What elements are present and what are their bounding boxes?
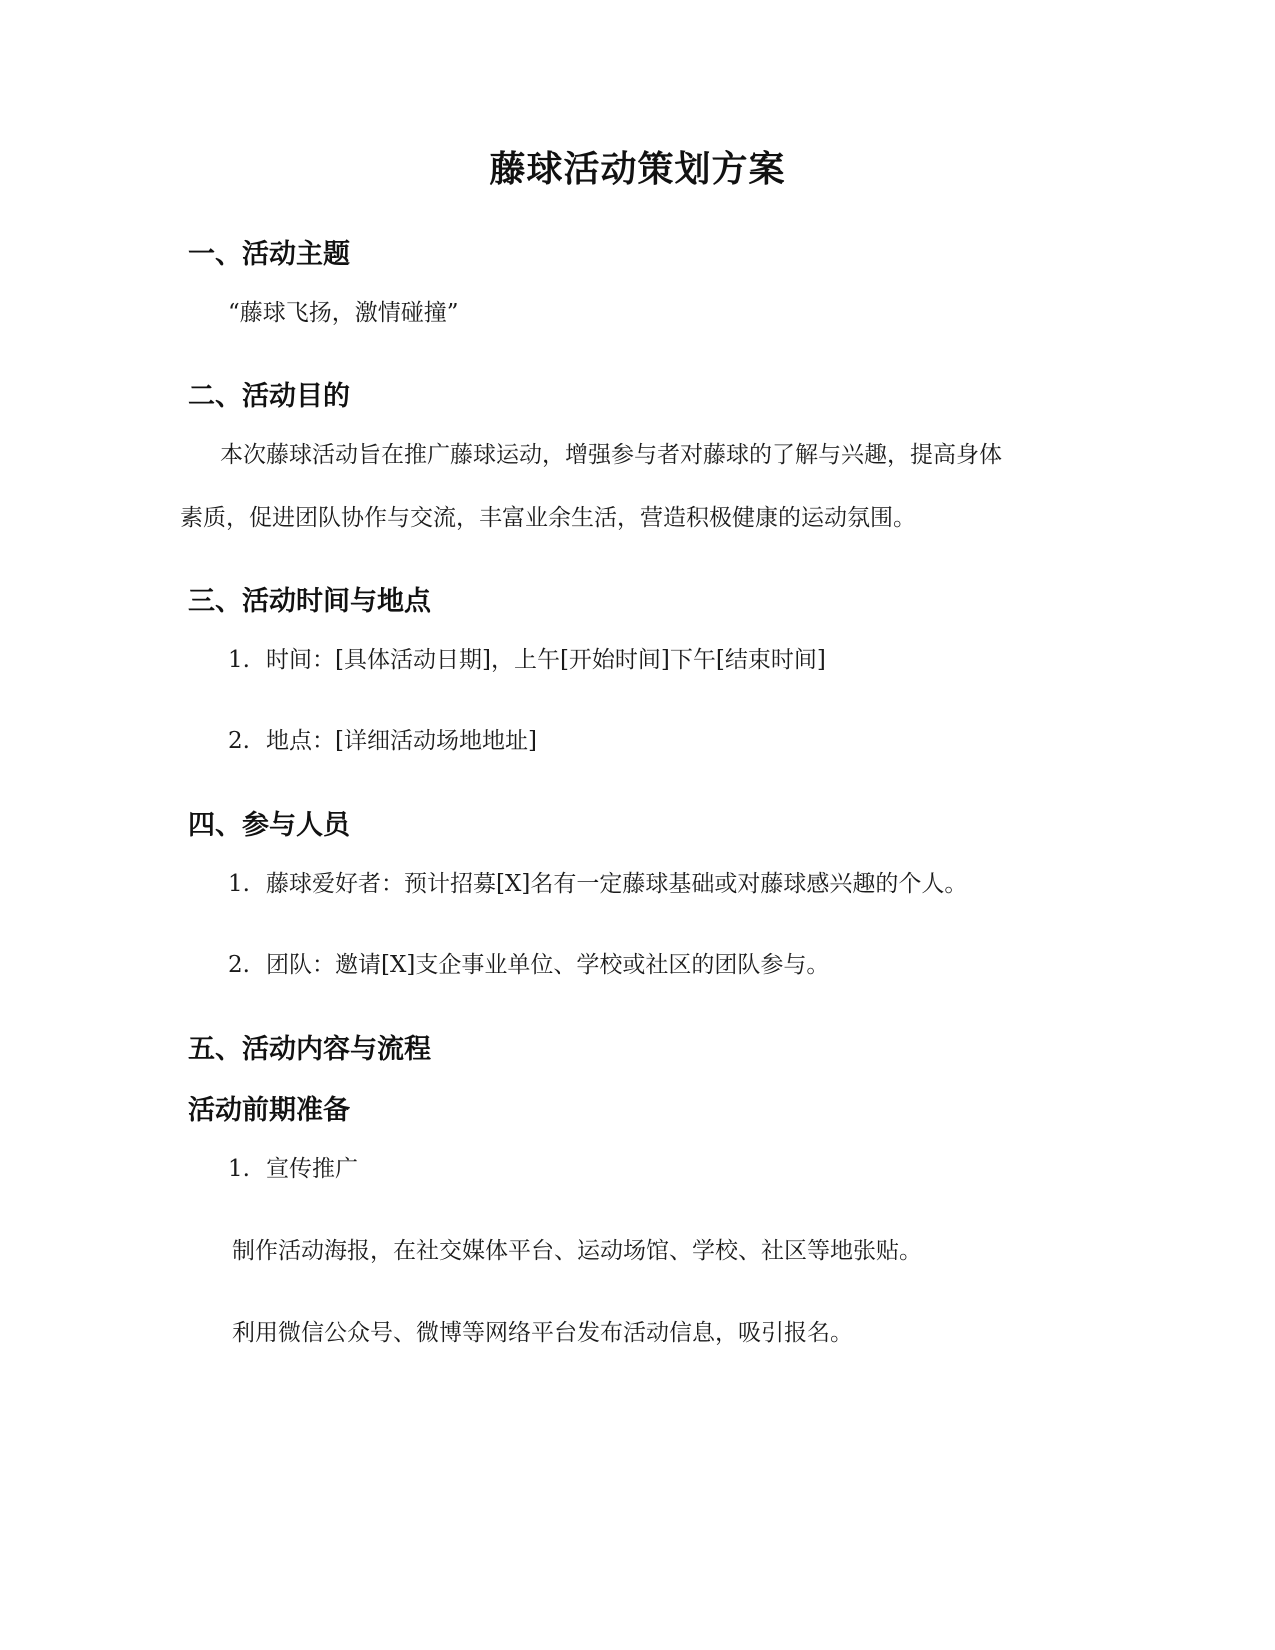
- list-number: 2.: [228, 726, 266, 756]
- section-heading-content-flow: 五、活动内容与流程: [188, 1033, 431, 1067]
- list-number: 1.: [228, 645, 266, 675]
- purpose-paragraph-line-1: 本次藤球活动旨在推广藤球运动，增强参与者对藤球的了解与兴趣，提高身体: [220, 440, 1002, 470]
- purpose-paragraph-line-2: 素质，促进团队协作与交流，丰富业余生活，营造积极健康的运动氛围。: [180, 503, 916, 533]
- list-text: 藤球爱好者：预计招募[X]名有一定藤球基础或对藤球感兴趣的个人。: [266, 871, 967, 897]
- document-title: 藤球活动策划方案: [0, 148, 1275, 192]
- section-heading-participants: 四、参与人员: [188, 809, 350, 843]
- section-heading-time-place: 三、活动时间与地点: [188, 585, 431, 619]
- list-item-teams: 2.团队：邀请[X]支企事业单位、学校或社区的团队参与。: [228, 950, 829, 980]
- section-heading-purpose: 二、活动目的: [188, 380, 350, 414]
- promotion-paragraph-1: 制作活动海报，在社交媒体平台、运动场馆、学校、社区等地张贴。: [232, 1236, 922, 1266]
- list-item-enthusiasts: 1.藤球爱好者：预计招募[X]名有一定藤球基础或对藤球感兴趣的个人。: [228, 869, 967, 899]
- theme-slogan: “藤球飞扬，激情碰撞”: [228, 298, 459, 328]
- list-text: 地点：[详细活动场地地址]: [266, 728, 537, 754]
- promotion-paragraph-2: 利用微信公众号、微博等网络平台发布活动信息，吸引报名。: [232, 1318, 853, 1348]
- list-item-promotion: 1.宣传推广: [228, 1154, 358, 1184]
- list-item-place: 2.地点：[详细活动场地地址]: [228, 726, 537, 756]
- list-text: 宣传推广: [266, 1156, 358, 1182]
- list-item-time: 1.时间：[具体活动日期]，上午[开始时间]下午[结束时间]: [228, 645, 826, 675]
- list-text: 时间：[具体活动日期]，上午[开始时间]下午[结束时间]: [266, 647, 826, 673]
- list-number: 1.: [228, 1154, 266, 1184]
- list-number: 2.: [228, 950, 266, 980]
- subheading-preparation: 活动前期准备: [188, 1094, 350, 1128]
- document-page: 藤球活动策划方案 一、活动主题 “藤球飞扬，激情碰撞” 二、活动目的 本次藤球活…: [0, 0, 1275, 1650]
- section-heading-theme: 一、活动主题: [188, 238, 350, 272]
- list-text: 团队：邀请[X]支企事业单位、学校或社区的团队参与。: [266, 952, 829, 978]
- list-number: 1.: [228, 869, 266, 899]
